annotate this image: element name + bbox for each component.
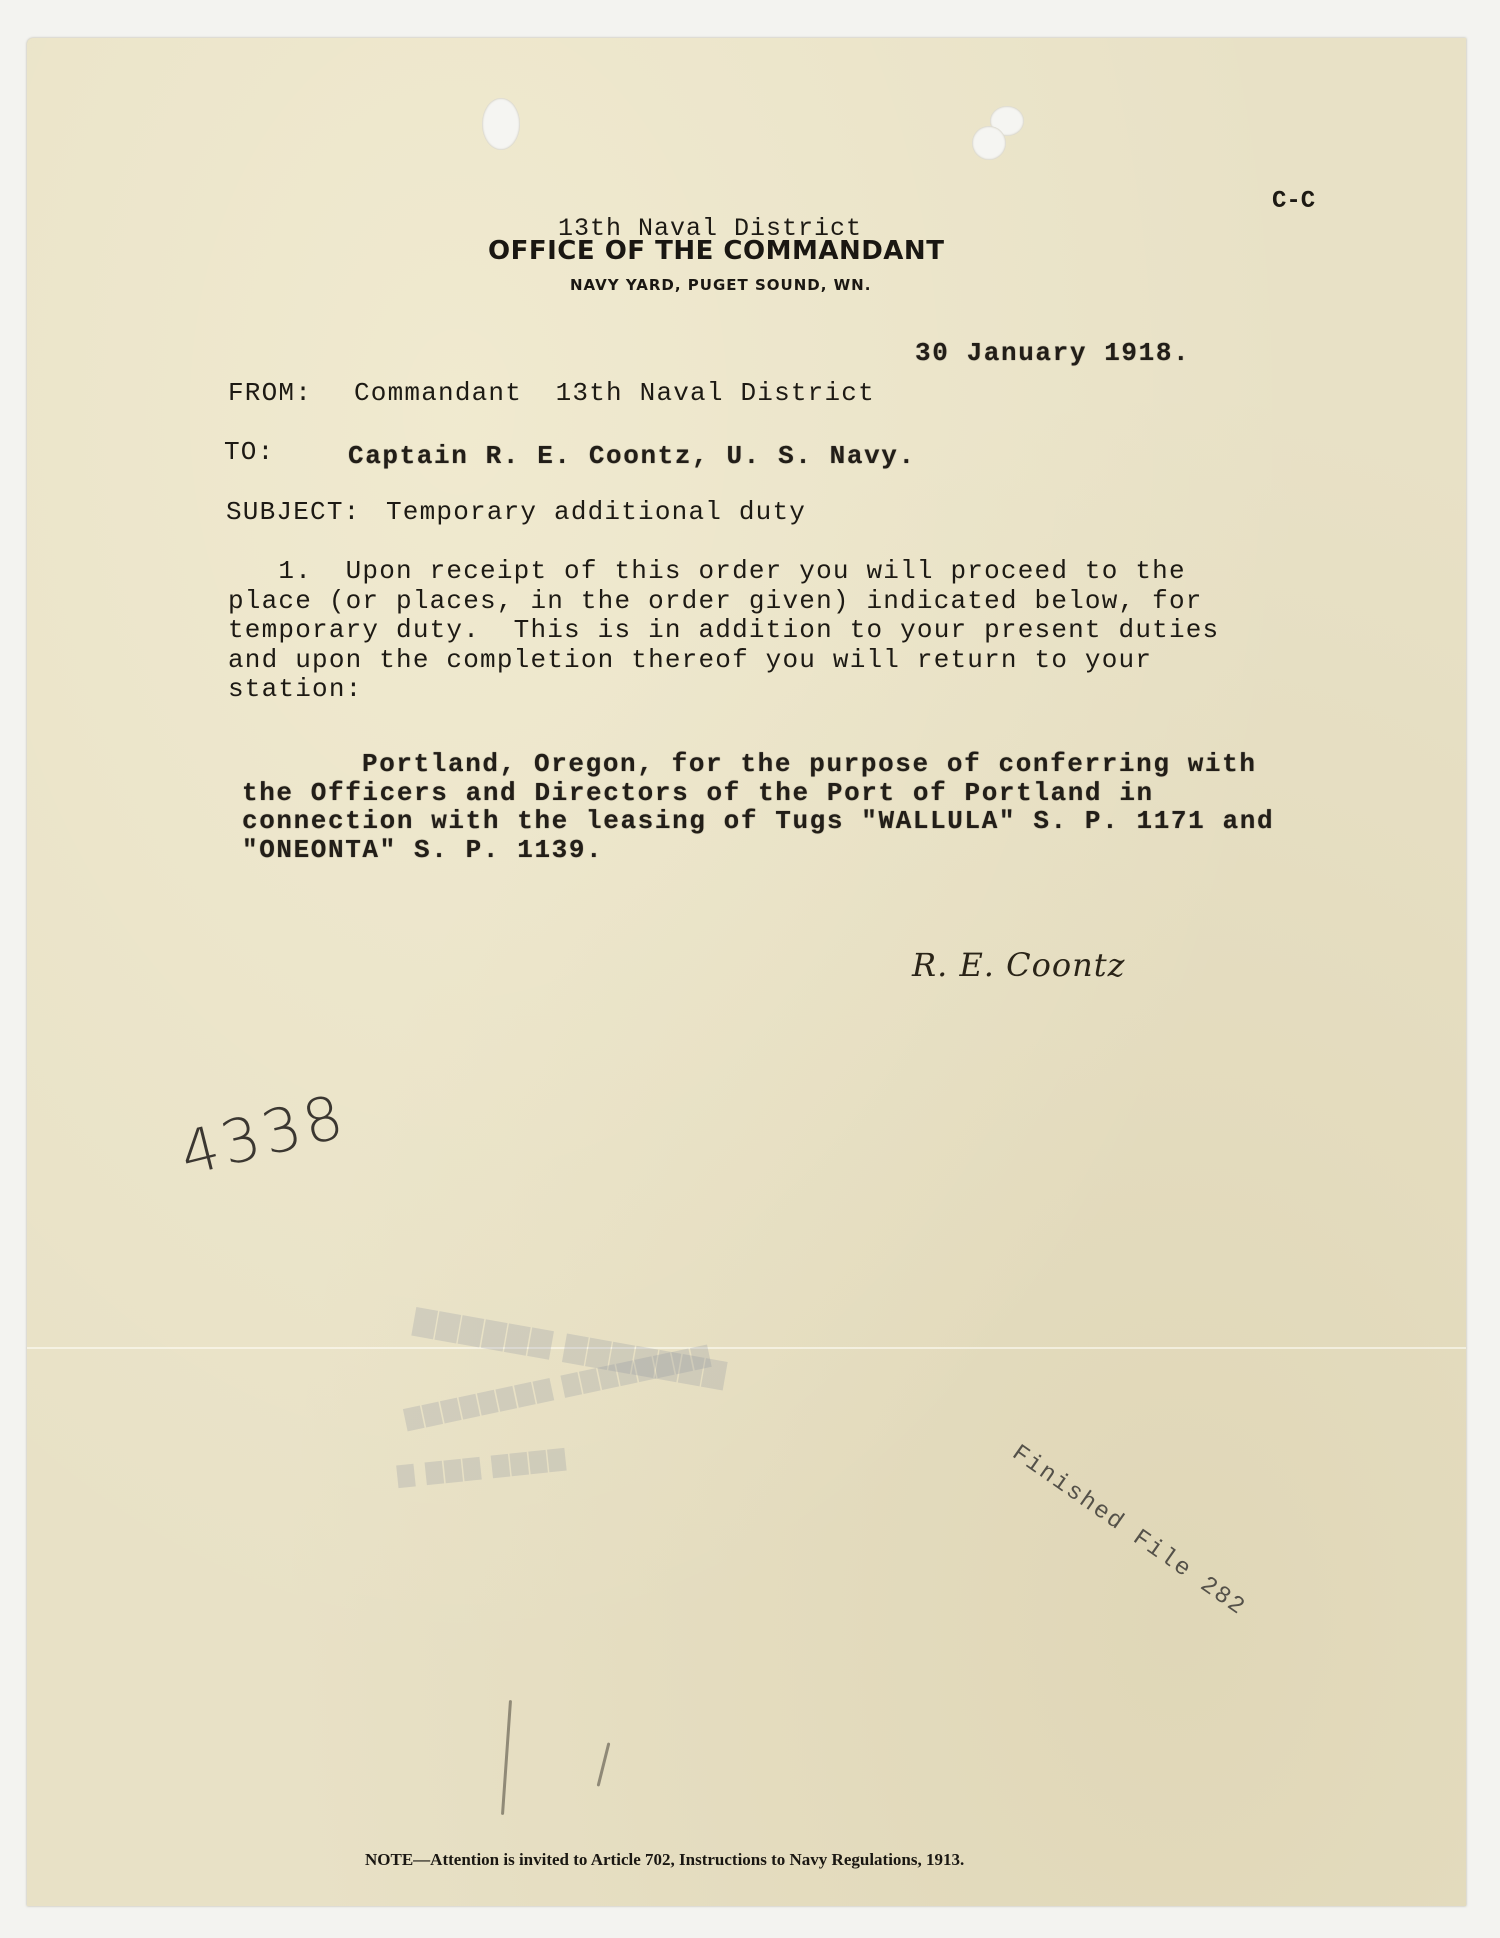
punch-hole-left xyxy=(482,98,520,150)
footer-note: NOTE—Attention is invited to Article 702… xyxy=(365,1850,964,1870)
body-line: 1. Upon receipt of this order you will p… xyxy=(228,557,1219,587)
body-line: place (or places, in the order given) in… xyxy=(228,587,1219,617)
destination-line: connection with the leasing of Tugs "WAL… xyxy=(242,807,1274,836)
to-label: TO: xyxy=(224,437,274,467)
letterhead-office: OFFICE OF THE COMMANDANT xyxy=(488,236,944,266)
destination-line: "ONEONTA" S. P. 1139. xyxy=(242,836,1274,865)
letterhead-address: NAVY YARD, PUGET SOUND, WN. xyxy=(570,276,871,294)
destination-line: the Officers and Directors of the Port o… xyxy=(242,779,1274,808)
from-value: Commandant 13th Naval District xyxy=(354,378,875,408)
subject-value: Temporary additional duty xyxy=(386,497,806,527)
from-label: FROM: xyxy=(228,378,312,408)
destination-line: Portland, Oregon, for the purpose of con… xyxy=(242,750,1274,779)
to-value: Captain R. E. Coontz, U. S. Navy. xyxy=(348,441,916,471)
subject-label: SUBJECT: xyxy=(226,497,360,527)
body-paragraph: 1. Upon receipt of this order you will p… xyxy=(228,557,1219,705)
signature: R. E. Coontz xyxy=(912,946,1125,984)
letter-date: 30 January 1918. xyxy=(915,338,1190,368)
body-line: station: xyxy=(228,675,1219,705)
destination-paragraph: Portland, Oregon, for the purpose of con… xyxy=(242,750,1274,864)
body-line: temporary duty. This is in addition to y… xyxy=(228,616,1219,646)
document-page xyxy=(27,38,1466,1906)
fold-line xyxy=(27,1347,1466,1349)
file-code: C-C xyxy=(1272,188,1315,215)
punch-hole-right-2 xyxy=(972,126,1006,160)
body-line: and upon the completion thereof you will… xyxy=(228,646,1219,676)
